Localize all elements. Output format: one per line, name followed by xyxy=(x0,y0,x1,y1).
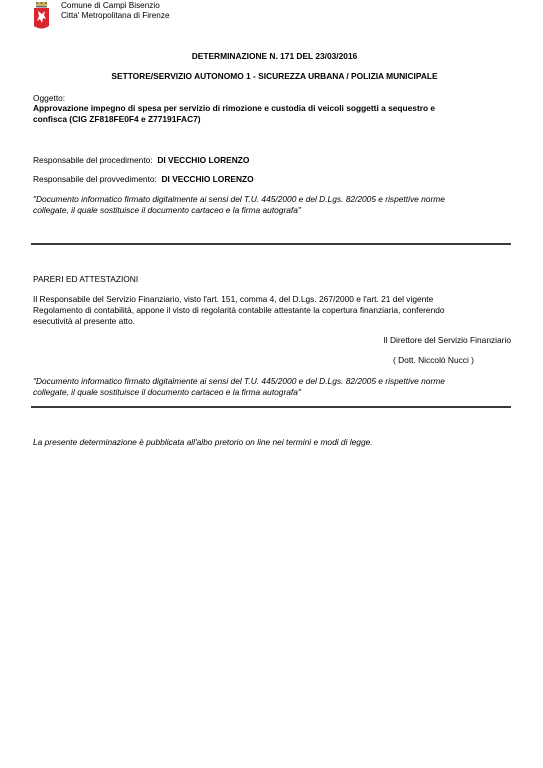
procedure-manager: Responsabile del procedimento: DI VECCHI… xyxy=(33,155,513,166)
procedure-manager-label: Responsabile del procedimento: xyxy=(33,155,153,165)
opinions-heading: PARERI ED ATTESTAZIONI xyxy=(33,274,513,285)
measure-manager: Responsabile del provvedimento: DI VECCH… xyxy=(33,174,513,185)
opinions-signature-note-line-2: collegate, il quale sostituisce il docum… xyxy=(33,387,513,398)
measure-manager-name: DI VECCHIO LORENZO xyxy=(162,174,254,184)
coat-of-arms-icon xyxy=(33,2,50,31)
opinions-signature-note-line-1: "Documento informatico firmato digitalme… xyxy=(33,376,513,387)
metropolitan-area: Citta' Metropolitana di Firenze xyxy=(61,11,170,21)
opinions-body-line-1: Il Responsabile del Servizio Finanziario… xyxy=(33,294,513,305)
measure-manager-label: Responsabile del provvedimento: xyxy=(33,174,157,184)
signature-note-line-2: collegate, il quale sostituisce il docum… xyxy=(33,205,513,216)
document-title: DETERMINAZIONE N. 171 DEL 23/03/2016 xyxy=(0,51,543,62)
section-divider xyxy=(31,406,511,408)
subject-line-2: confisca (CIG ZF818FE0F4 e Z77191FAC7) xyxy=(33,114,513,125)
signature-note-line-1: "Documento informatico firmato digitalme… xyxy=(33,194,513,205)
department-title: SETTORE/SERVIZIO AUTONOMO 1 - SICUREZZA … xyxy=(0,71,543,82)
section-divider xyxy=(31,243,511,245)
opinions-body-line-3: esecutività al presente atto. xyxy=(33,316,513,327)
signer-role: Il Direttore del Servizio Finanziario xyxy=(383,335,511,346)
signer-name: ( Dott. Niccolò Nucci ) xyxy=(393,355,474,366)
organization-name: Comune di Campi Bisenzio xyxy=(61,1,160,11)
opinions-body-line-2: Regolamento di contabilità, appone il vi… xyxy=(33,305,513,316)
subject-line-1: Approvazione impegno di spesa per serviz… xyxy=(33,103,513,114)
procedure-manager-name: DI VECCHIO LORENZO xyxy=(157,155,249,165)
publication-note: La presente determinazione è pubblicata … xyxy=(33,437,513,448)
